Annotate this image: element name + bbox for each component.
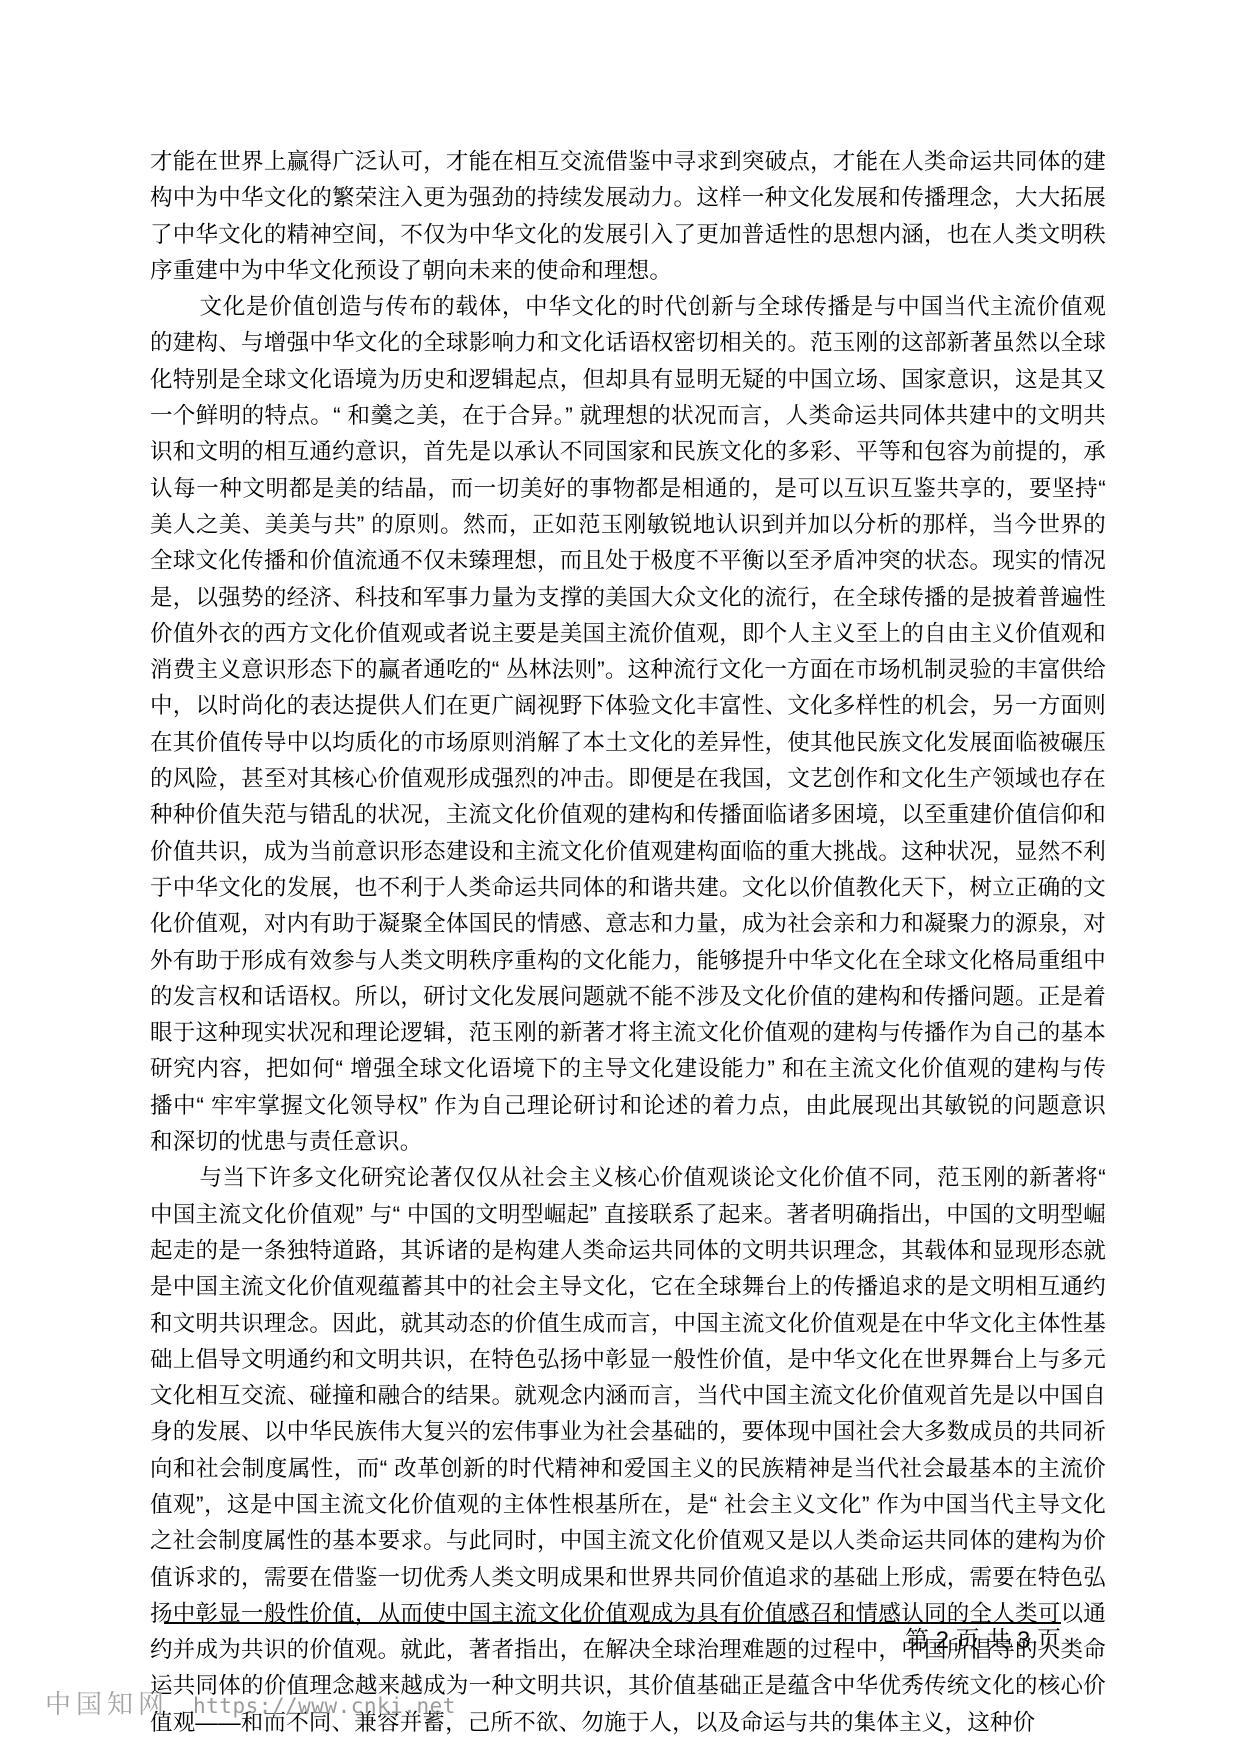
paragraph-2: 文化是价值创造与传布的载体，中华文化的时代创新与全球传播是与中国当代主流价值观的… (150, 289, 1106, 1160)
cnki-site-name: 中国知网 (45, 1684, 169, 1721)
footer-divider (164, 1622, 1061, 1624)
paragraph-continuation: 才能在世界上赢得广泛认可，才能在相互交流借鉴中寻求到突破点，才能在人类命运共同体… (150, 144, 1106, 289)
page-number-indicator: 第 2 页 共 3 页 (164, 1627, 1061, 1655)
document-page: 才能在世界上赢得广泛认可，才能在相互交流借鉴中寻求到突破点，才能在人类命运共同体… (0, 0, 1241, 1755)
cnki-watermark: 中国知网 https://www.cnki.net (45, 1684, 456, 1721)
cnki-site-url: https://www.cnki.net (193, 1694, 456, 1718)
document-body: 才能在世界上赢得广泛认可，才能在相互交流借鉴中寻求到突破点，才能在人类命运共同体… (150, 144, 1106, 1741)
